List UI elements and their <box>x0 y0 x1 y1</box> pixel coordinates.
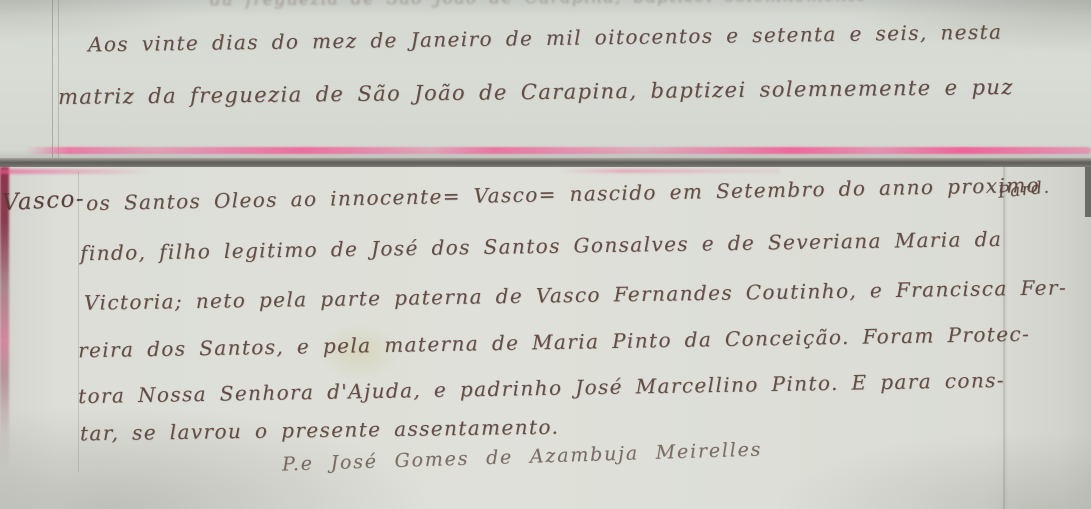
pink-smear <box>560 169 780 173</box>
manuscript-scan: da freguezia de São João de Carapina, ba… <box>0 0 1091 509</box>
manuscript-line: matriz da freguezia de São João de Carap… <box>58 75 1014 109</box>
top-fragment: da freguezia de São João de Carapina, ba… <box>0 0 1091 160</box>
pink-smear <box>0 169 150 174</box>
pink-highlight-line <box>26 147 1091 154</box>
margin-rule-line <box>58 0 59 158</box>
margin-rule-line <box>78 172 79 472</box>
page-edge-shadow <box>1085 167 1091 217</box>
manuscript-line: Aos vinte dias do mez de Janeiro de mil … <box>88 20 1003 57</box>
margin-rule-line <box>52 0 53 158</box>
bleed-through-text: da freguezia de São João de Carapina, ba… <box>210 0 868 10</box>
margin-name-vasco: Vasco- <box>1 186 85 216</box>
